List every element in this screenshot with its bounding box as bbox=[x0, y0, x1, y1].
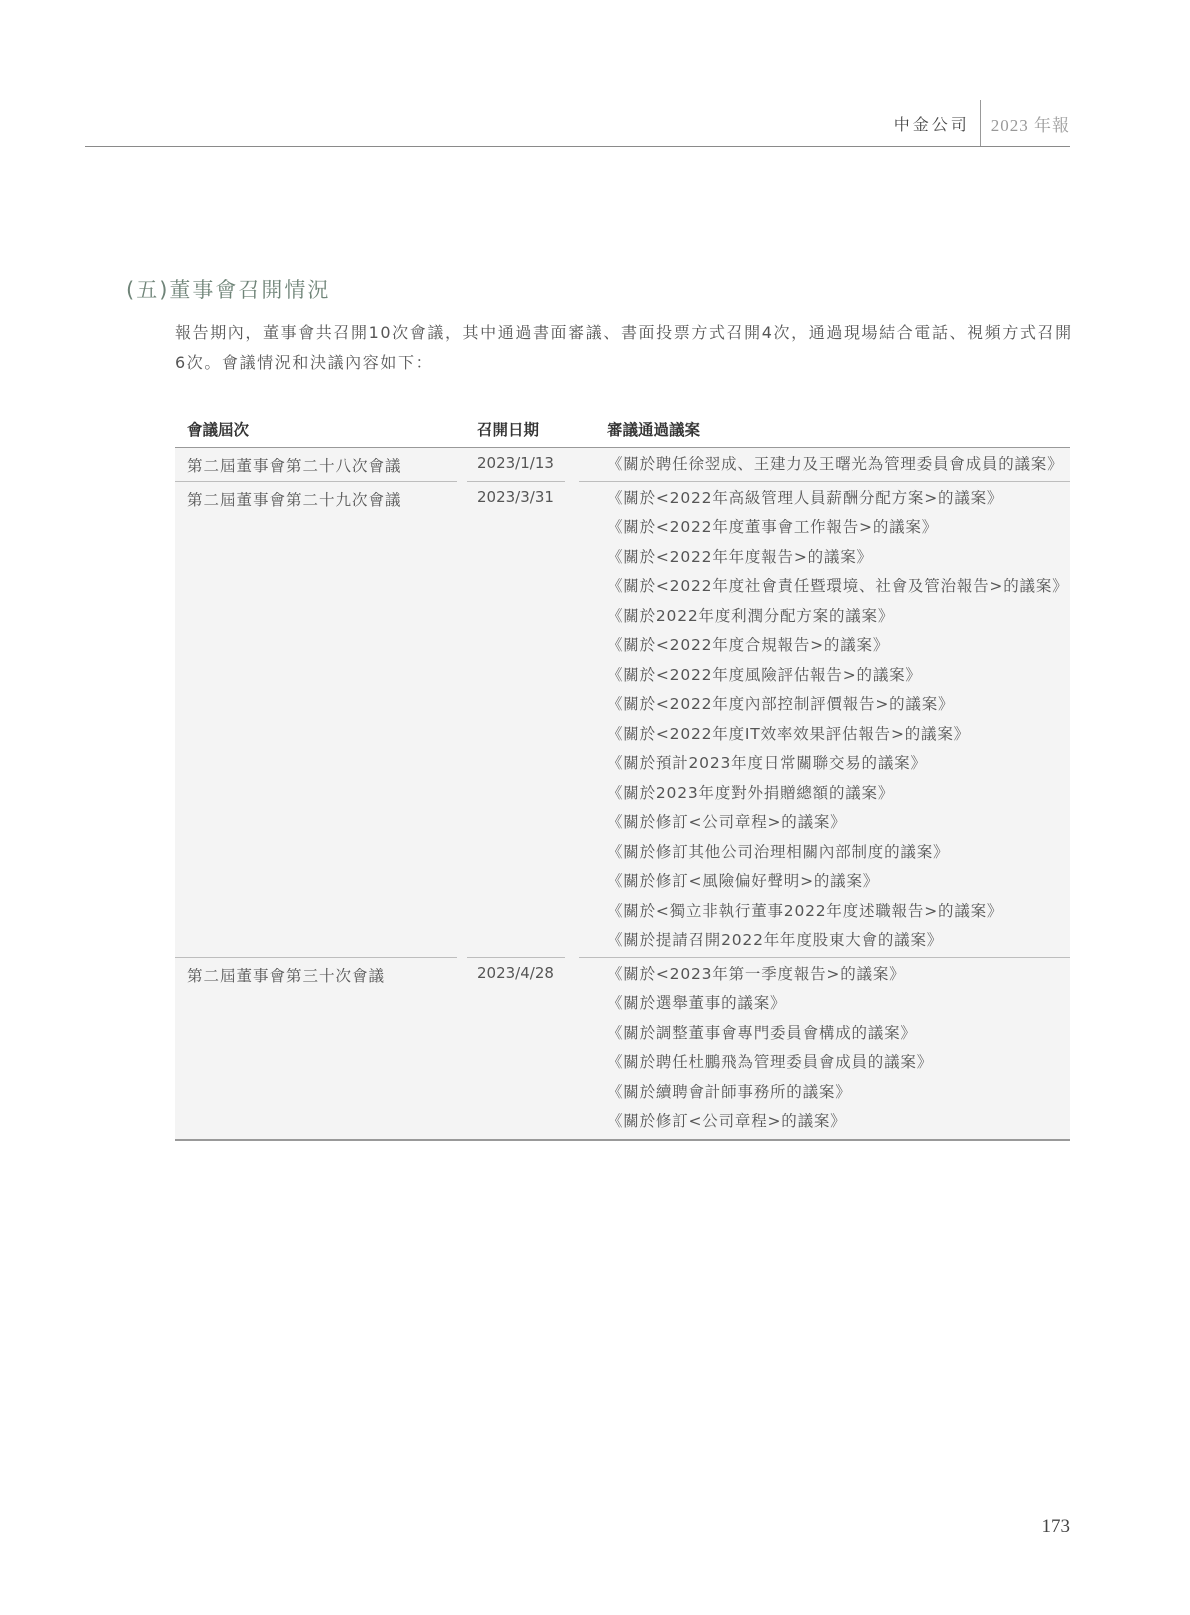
header-rule bbox=[85, 146, 1070, 147]
report-title: 2023 年報 bbox=[981, 111, 1070, 136]
motion-item: 《關於<2022年度內部控制評價報告>的議案》 bbox=[607, 690, 1070, 720]
col-header-session: 會議屆次 bbox=[175, 418, 467, 440]
table-bottom-rule bbox=[175, 1139, 1070, 1141]
date-cell: 2023/3/31 bbox=[477, 482, 597, 958]
motion-item: 《關於聘任徐翌成、王建力及王曙光為管理委員會成員的議案》 bbox=[607, 450, 1070, 480]
motion-item: 《關於聘任杜鵬飛為管理委員會成員的議案》 bbox=[607, 1048, 1070, 1078]
motion-item: 《關於<2022年年度報告>的議案》 bbox=[607, 543, 1070, 573]
session-cell: 第二屆董事會第二十八次會議 bbox=[175, 448, 467, 482]
motion-item: 《關於預計2023年度日常關聯交易的議案》 bbox=[607, 749, 1070, 779]
table-header: 會議屆次 召開日期 審議通過議案 bbox=[175, 410, 1070, 448]
motion-item: 《關於<獨立非執行董事2022年度述職報告>的議案》 bbox=[607, 897, 1070, 927]
page-number: 173 bbox=[1042, 1516, 1071, 1538]
motion-item: 《關於<2022年度IT效率效果評估報告>的議案》 bbox=[607, 720, 1070, 750]
motion-item: 《關於選舉董事的議案》 bbox=[607, 989, 1070, 1019]
motion-item: 《關於<2022年度合規報告>的議案》 bbox=[607, 631, 1070, 661]
motion-item: 《關於<2022年高級管理人員薪酬分配方案>的議案》 bbox=[607, 484, 1070, 514]
section-title: (五)董事會召開情況 bbox=[126, 274, 330, 304]
col-header-date: 召開日期 bbox=[477, 418, 597, 440]
motion-item: 《關於續聘會計師事務所的議案》 bbox=[607, 1078, 1070, 1108]
company-name: 中金公司 bbox=[894, 112, 980, 135]
motion-item: 《關於<2022年度社會責任暨環境、社會及管治報告>的議案》 bbox=[607, 572, 1070, 602]
table-row: 第二屆董事會第二十八次會議 2023/1/13 《關於聘任徐翌成、王建力及王曙光… bbox=[175, 448, 1070, 482]
motion-item: 《關於2022年度利潤分配方案的議案》 bbox=[607, 602, 1070, 632]
motion-item: 《關於<2023年第一季度報告>的議案》 bbox=[607, 960, 1070, 990]
motion-item: 《關於修訂其他公司治理相關內部制度的議案》 bbox=[607, 838, 1070, 868]
motions-cell: 《關於<2023年第一季度報告>的議案》 《關於選舉董事的議案》 《關於調整董事… bbox=[597, 958, 1070, 1139]
table-row: 第二屆董事會第二十九次會議 2023/3/31 《關於<2022年高級管理人員薪… bbox=[175, 482, 1070, 958]
motion-item: 《關於<2022年度風險評估報告>的議案》 bbox=[607, 661, 1070, 691]
motions-cell: 《關於聘任徐翌成、王建力及王曙光為管理委員會成員的議案》 bbox=[597, 448, 1070, 482]
motions-cell: 《關於<2022年高級管理人員薪酬分配方案>的議案》 《關於<2022年度董事會… bbox=[597, 482, 1070, 958]
session-cell: 第二屆董事會第二十九次會議 bbox=[175, 482, 467, 958]
motion-item: 《關於修訂<公司章程>的議案》 bbox=[607, 1107, 1070, 1137]
session-cell: 第二屆董事會第三十次會議 bbox=[175, 958, 467, 1139]
motion-item: 《關於修訂<公司章程>的議案》 bbox=[607, 808, 1070, 838]
intro-paragraph: 報告期內，董事會共召開10次會議，其中通過書面審議、書面投票方式召開4次，通過現… bbox=[175, 318, 1075, 378]
motion-item: 《關於調整董事會專門委員會構成的議案》 bbox=[607, 1019, 1070, 1049]
date-cell: 2023/1/13 bbox=[477, 448, 597, 482]
motion-item: 《關於<2022年度董事會工作報告>的議案》 bbox=[607, 513, 1070, 543]
board-meetings-table: 會議屆次 召開日期 審議通過議案 第二屆董事會第二十八次會議 2023/1/13… bbox=[175, 410, 1070, 1141]
date-cell: 2023/4/28 bbox=[477, 958, 597, 1139]
running-header: 中金公司 2023 年報 bbox=[894, 100, 1070, 146]
motion-item: 《關於修訂<風險偏好聲明>的議案》 bbox=[607, 867, 1070, 897]
motion-item: 《關於提請召開2022年年度股東大會的議案》 bbox=[607, 926, 1070, 956]
col-header-motions: 審議通過議案 bbox=[597, 418, 1070, 440]
table-row: 第二屆董事會第三十次會議 2023/4/28 《關於<2023年第一季度報告>的… bbox=[175, 958, 1070, 1139]
motion-item: 《關於2023年度對外捐贈總額的議案》 bbox=[607, 779, 1070, 809]
